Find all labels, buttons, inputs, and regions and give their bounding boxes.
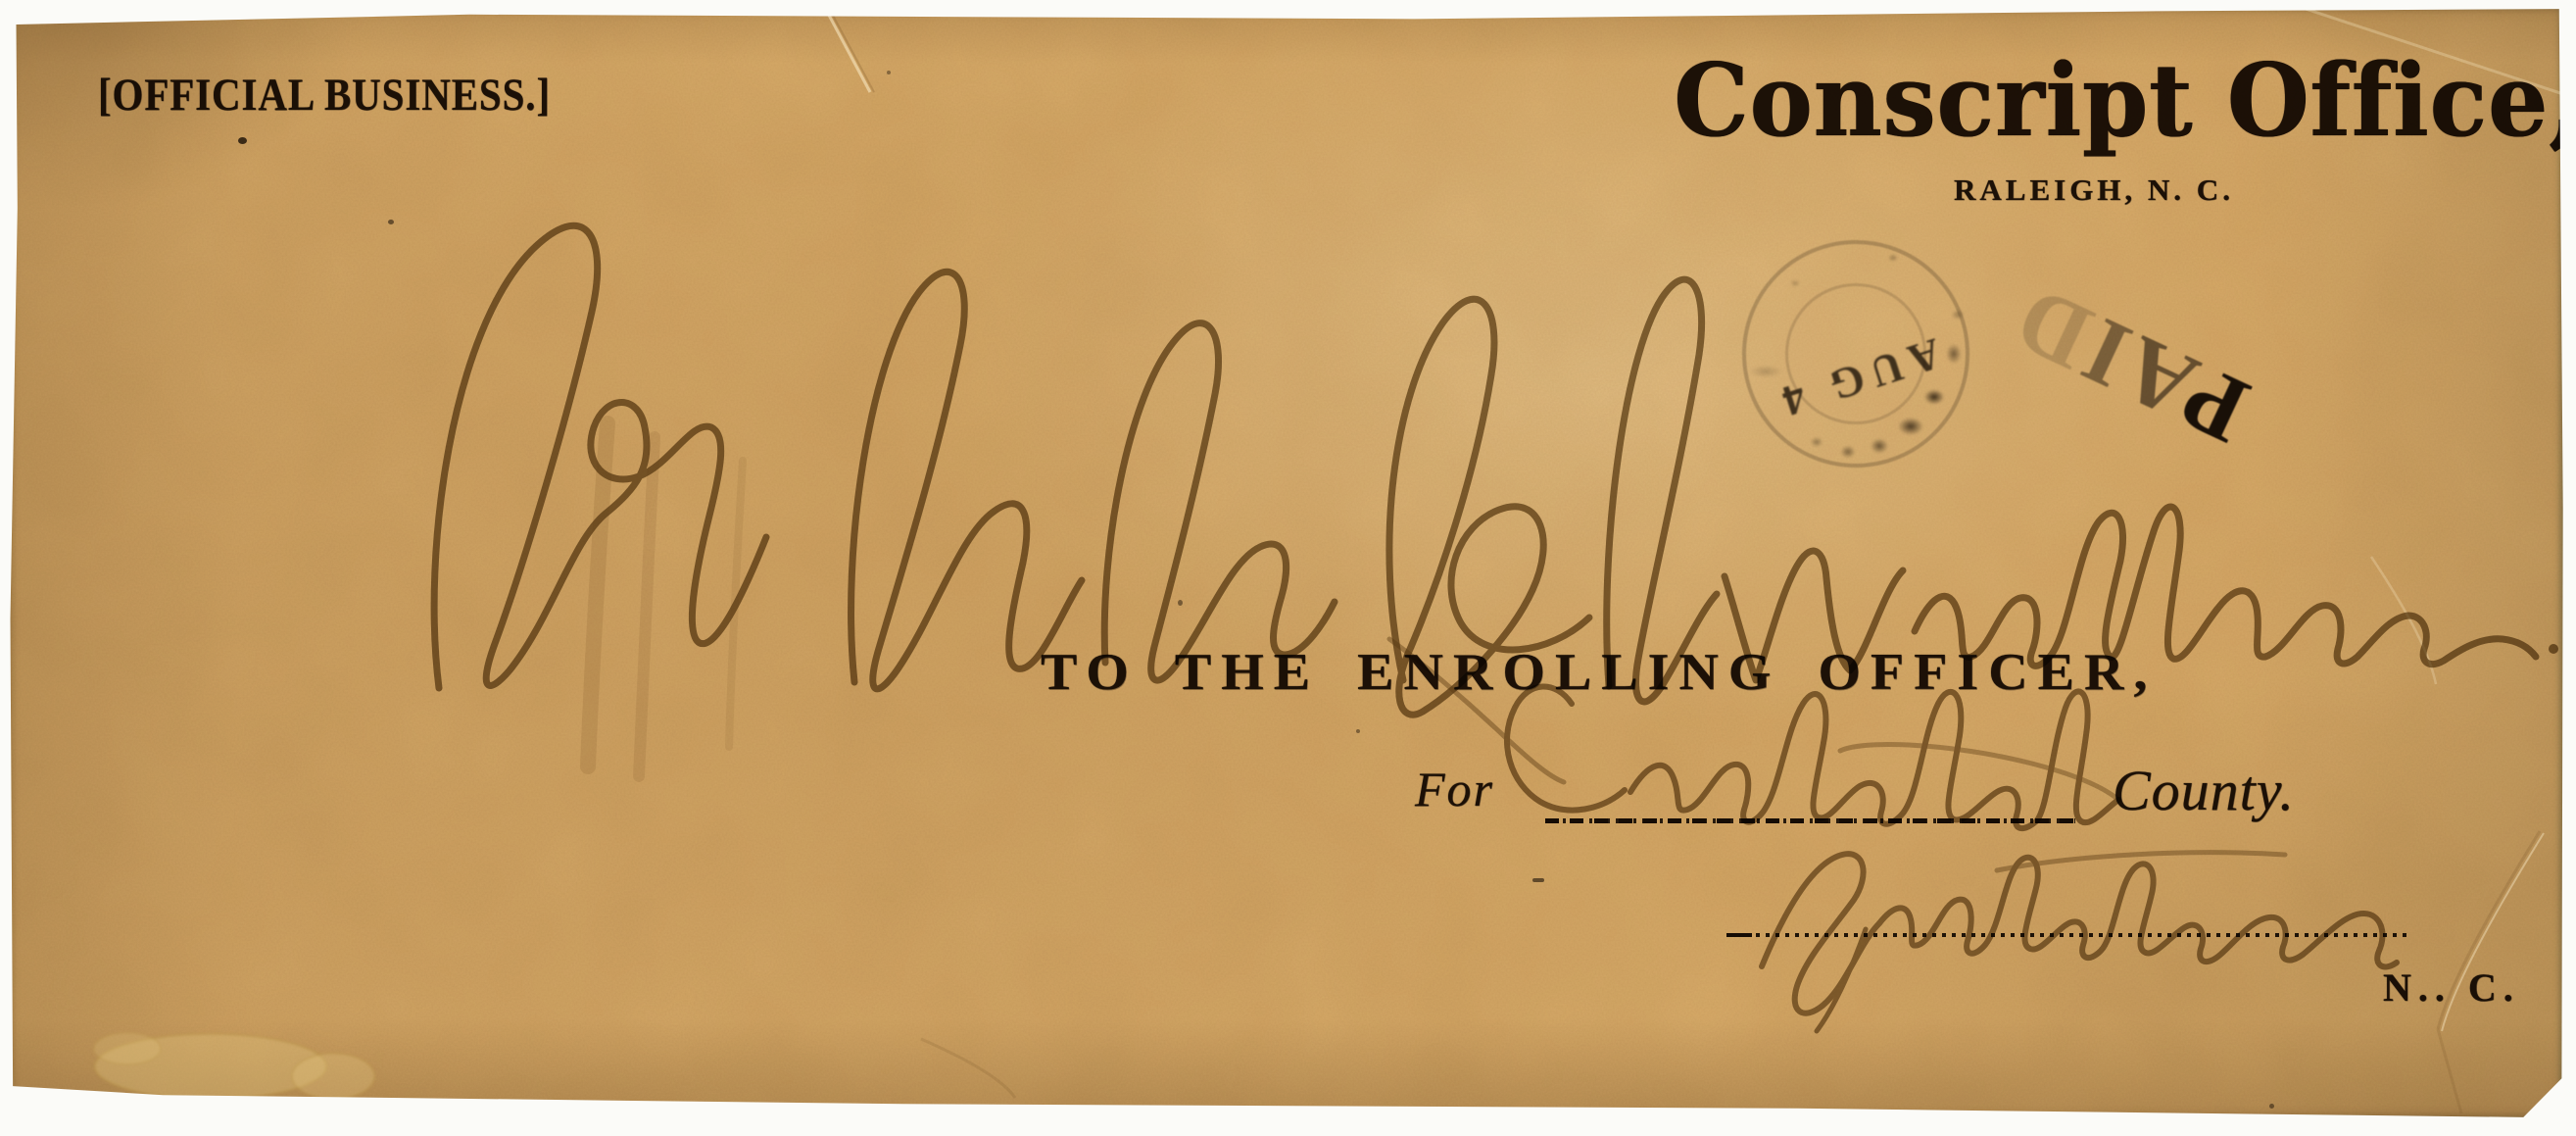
handwritten-ink-overlay	[0, 0, 2576, 1136]
handwriting-city	[1762, 853, 2397, 1031]
scanned-envelope-page: { "document": { "kind": "envelope", "off…	[0, 0, 2576, 1136]
handwriting-addressee	[434, 225, 2558, 715]
